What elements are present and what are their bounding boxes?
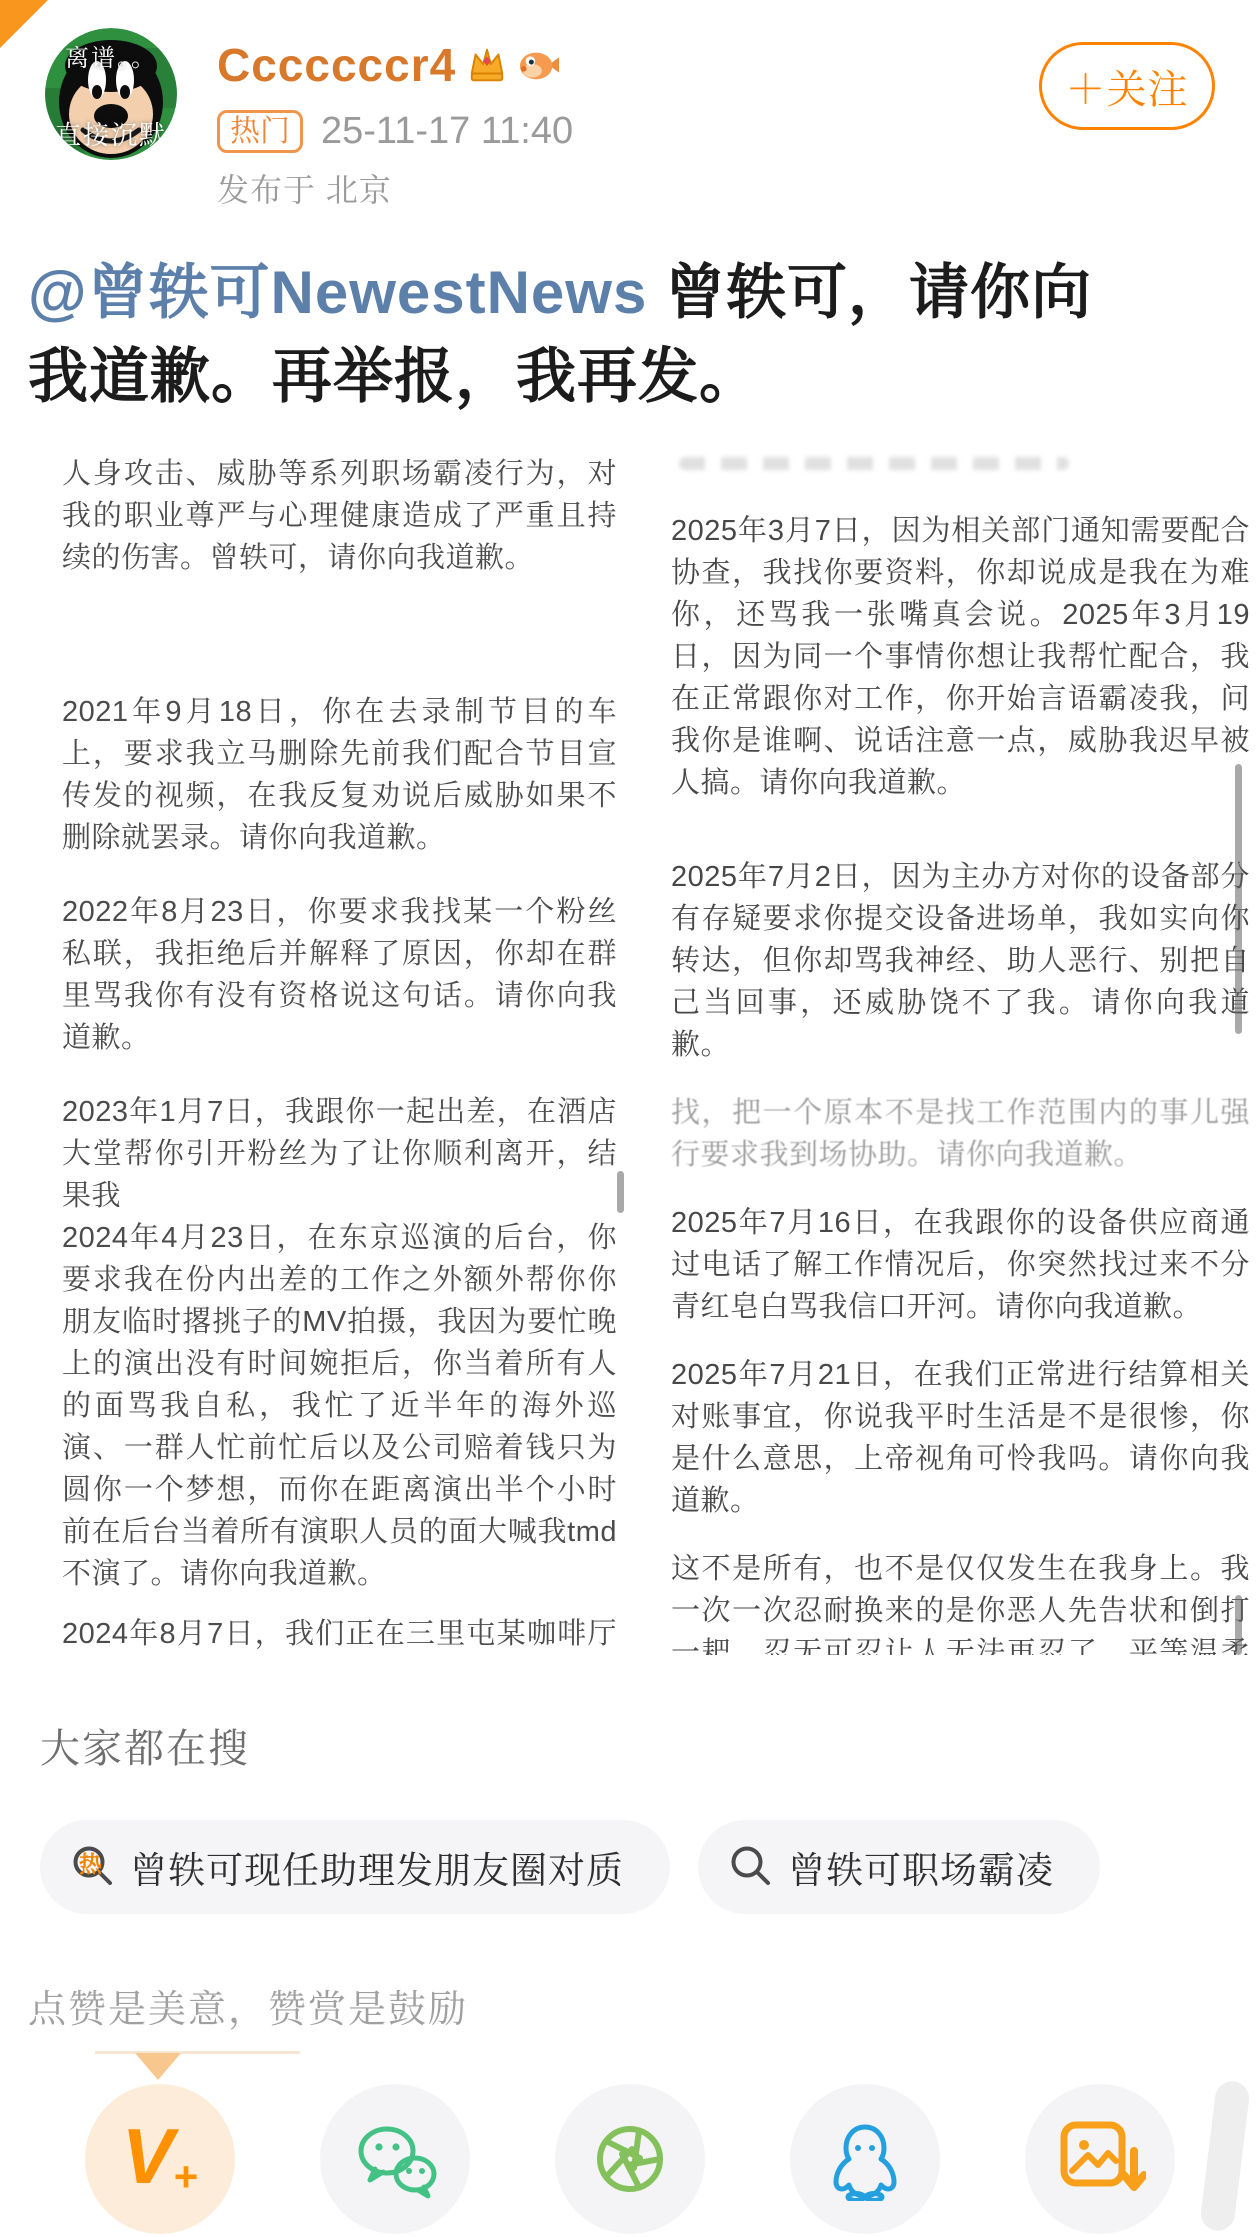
timestamp: 25-11-17 11:40 xyxy=(321,110,573,153)
weibo-post-page: ＋关注 离谱。。 直接沉默 Cccccccr4 xyxy=(0,0,1260,2237)
qq-icon xyxy=(823,2117,907,2201)
vplus-icon: V+ xyxy=(122,2117,199,2201)
paragraph-faded: 找，把一个原本不是找工作范围内的事儿强行要求我到场协助。请你向我道歉。 xyxy=(671,1092,1250,1176)
paragraph: 2024年8月7日，我们正在三里屯某咖啡厅开会讨论工作，前一秒风平浪静，后一秒你… xyxy=(62,1613,617,1655)
paragraph: 2025年7月2日，因为主办方对你的设备部分有存疑要求你提交设备进场单，我如实向… xyxy=(671,856,1250,1066)
paragraph: 人身攻击、威胁等系列职场霸凌行为，对我的职业尊严与心理健康造成了严重且持续的伤害… xyxy=(62,453,617,579)
search-chip[interactable]: 曾轶可职场霸凌 xyxy=(698,1820,1100,1914)
title-text-line2: 我道歉。再举报，我再发。 xyxy=(28,343,760,410)
paragraph: 2025年7月16日，在我跟你的设备供应商通过电话了解工作情况后，你突然找过来不… xyxy=(671,1202,1250,1328)
search-icon xyxy=(728,1844,774,1890)
search-chip-label: 曾轶可职场霸凌 xyxy=(788,1840,1054,1894)
hot-tag: 热门 xyxy=(217,110,303,153)
hot-search-icon: 热 xyxy=(70,1844,116,1890)
title-text: 曾轶可，请你向 xyxy=(647,259,1092,326)
paragraph: 这不是所有，也不是仅仅发生在我身上。我一次一次忍耐换来的是你恶人先告状和倒打一耙… xyxy=(671,1548,1250,1655)
scrollbar-thumb xyxy=(617,1171,624,1213)
username[interactable]: Cccccccr4 xyxy=(217,38,456,92)
post-image-left-column: 人身攻击、威胁等系列职场霸凌行为，对我的职业尊严与心理健康造成了严重且持续的伤害… xyxy=(40,453,617,1655)
paragraph: 2025年3月7日，因为相关部门通知需要配合协查，我找你要资料，你却说成是我在为… xyxy=(671,510,1250,804)
share-wechat-button[interactable] xyxy=(320,2084,470,2234)
avatar-caption-bottom: 直接沉默 xyxy=(45,115,177,152)
trending-search-chips: 热 曾轶可现任助理发朋友圈对质 曾轶可职场霸凌 xyxy=(40,1820,1260,1914)
wechat-moments-icon xyxy=(588,2117,672,2201)
publish-location: 发布于 北京 xyxy=(217,165,573,211)
paragraph: 2022年8月23日，你要求我找某一个粉丝私联，我拒绝后并解释了原因，你却在群里… xyxy=(62,891,617,1059)
hot-glyph: 热 xyxy=(79,1846,102,1879)
paragraph: 2025年7月21日，在我们正常进行结算相关对账事宜，你说我平时生活是不是很惨，… xyxy=(671,1354,1250,1522)
post-title: @曾轶可NewestNews 曾轶可，请你向我道歉。再举报，我再发。 xyxy=(28,251,1232,419)
weibo-vplus-reward-button[interactable]: V+ xyxy=(85,2084,235,2234)
fish-badge-icon xyxy=(518,44,560,86)
avatar[interactable]: 离谱。。 直接沉默 xyxy=(45,28,177,160)
reward-tip: 点赞是美意，赞赏是鼓励 xyxy=(28,1978,1260,2033)
share-moments-button[interactable] xyxy=(555,2084,705,2234)
save-image-button[interactable] xyxy=(1025,2084,1175,2234)
search-chip-hot[interactable]: 热 曾轶可现任助理发朋友圈对质 xyxy=(40,1820,670,1914)
watermark xyxy=(1199,2079,1251,2232)
share-qq-button[interactable] xyxy=(790,2084,940,2234)
clipped-blurred-line xyxy=(679,457,1069,470)
post-image-right-column: 2025年3月7日，因为相关部门通知需要配合协查，我找你要资料，你却说成是我在为… xyxy=(657,453,1250,1655)
trending-search-heading: 大家都在搜 xyxy=(40,1717,1260,1774)
crown-badge-icon xyxy=(466,44,508,86)
search-chip-label: 曾轶可现任助理发朋友圈对质 xyxy=(130,1840,624,1894)
share-row: V+ xyxy=(85,2084,1175,2234)
scrollbar-thumb xyxy=(1235,1595,1242,1655)
scrollbar-thumb xyxy=(1235,764,1242,1034)
mention-link[interactable]: @曾轶可NewestNews xyxy=(28,259,647,326)
paragraph: 2024年4月23日，在东京巡演的后台，你要求我在份内出差的工作之外额外帮你你朋… xyxy=(62,1217,617,1595)
post-image-area[interactable]: 人身攻击、威胁等系列职场霸凌行为，对我的职业尊严与心理健康造成了严重且持续的伤害… xyxy=(40,453,1250,1655)
avatar-caption-top: 离谱。。 xyxy=(45,38,177,73)
tooltip-pointer xyxy=(95,2051,300,2054)
wechat-icon xyxy=(353,2117,437,2201)
post-header: 离谱。。 直接沉默 Cccccccr4 xyxy=(0,0,1260,211)
paragraph: 2023年1月7日，我跟你一起出差，在酒店大堂帮你引开粉丝为了让你顺利离开，结果… xyxy=(62,1091,617,1217)
paragraph: 2021年9月18日，你在去录制节目的车上，要求我立马删除先前我们配合节目宣传发… xyxy=(62,691,617,859)
save-image-icon xyxy=(1054,2113,1146,2205)
